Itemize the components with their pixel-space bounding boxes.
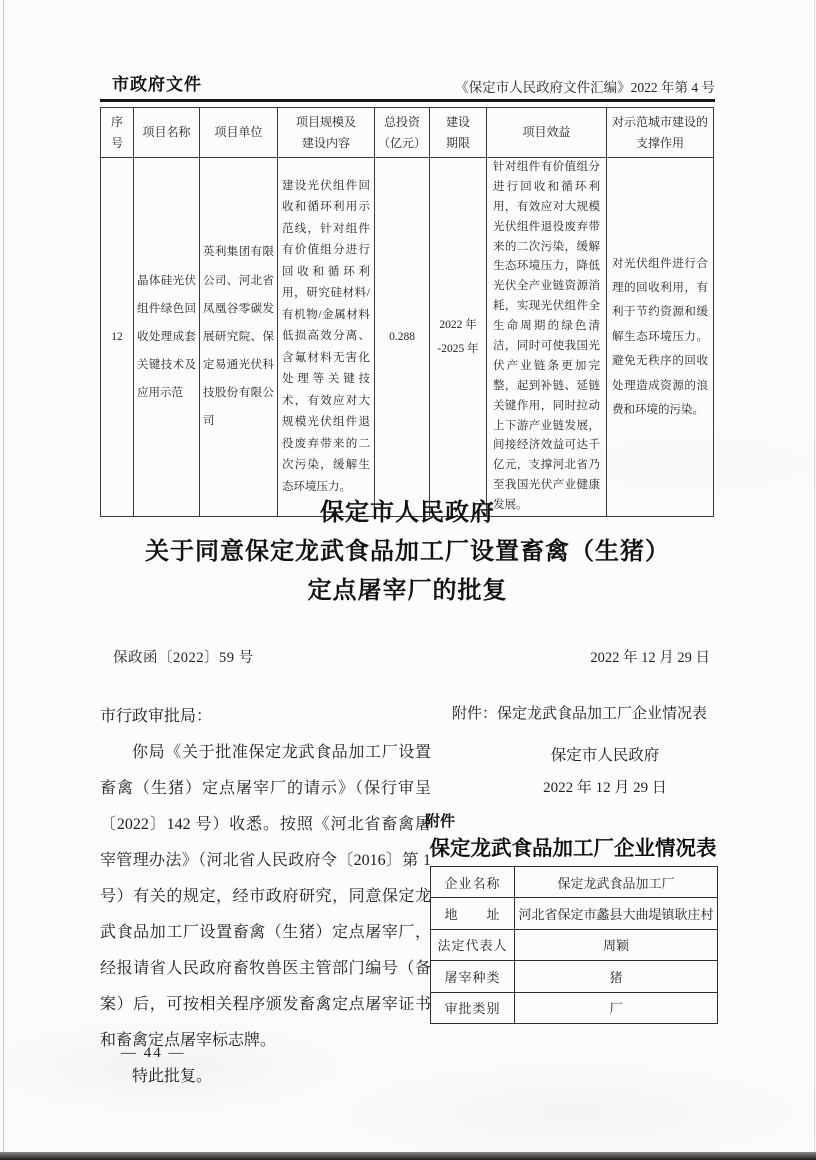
cell-seq: 12 <box>101 158 134 517</box>
masthead-rule <box>100 99 715 102</box>
closing-line: 特此批复。 <box>100 1059 431 1095</box>
scan-edge-bottom <box>0 1152 816 1160</box>
col-header-investment: 总投资 （亿元） <box>375 108 430 158</box>
issue-date: 2022 年 12 月 29 日 <box>495 776 715 797</box>
cell-name: 晶体硅光伏组件绿色回收处理成套关键技术及应用示范 <box>134 158 200 517</box>
body-paragraph: 你局《关于批准保定龙武食品加工厂设置畜禽（生猪）定点屠宰厂的请示》（保行审呈〔2… <box>100 735 431 1059</box>
cell-benefit: 针对组件有价值组分进行回收和循环利用，有效应对大规模光伏组件退役废弃带来的二次污… <box>487 158 607 517</box>
address-label: 地 址 <box>431 898 515 929</box>
company-info-table: 企业名称 保定龙武食品加工厂 地 址 河北省保定市蠡县大曲堤镇耿庄村 法定代表人… <box>430 866 718 1024</box>
project-table-row: 12 晶体硅光伏组件绿色回收处理成套关键技术及应用示范 英利集团有限公司、河北省… <box>101 158 714 517</box>
masthead-category: 市政府文件 <box>112 70 202 95</box>
cell-period: 2022 年 -2025 年 <box>430 158 487 517</box>
table-row: 企业名称 保定龙武食品加工厂 <box>431 867 718 898</box>
col-header-unit: 项目单位 <box>200 108 278 158</box>
cell-investment: 0.288 <box>375 158 430 517</box>
cell-unit: 英利集团有限公司、河北省凤凰谷零碳发展研究院、保定易通光伏科技股份有限公司 <box>200 158 278 517</box>
slaughter-type-label: 屠宰种类 <box>431 961 515 992</box>
document-number: 保政函〔2022〕59 号 <box>113 646 254 667</box>
approval-category-value: 厂 <box>515 992 718 1023</box>
cell-scale: 建设光伏组件回收和循环利用示范线，针对组件有价值组分进行回收和循环利用，研究硅材… <box>278 158 375 517</box>
legal-rep-label: 法定代表人 <box>431 929 515 960</box>
col-header-period: 建设 期限 <box>430 108 487 158</box>
project-table: 序 号 项目名称 项目单位 项目规模及 建设内容 总投资 （亿元） 建设 期限 … <box>100 107 714 517</box>
salutation: 市行政审批局： <box>100 699 431 735</box>
attachment-label: 附件 <box>425 810 455 831</box>
document-title-line1: 保定市人民政府 <box>100 494 715 533</box>
attachment-note: 附件：保定龙武食品加工厂企业情况表 <box>452 702 722 723</box>
approval-category-label: 审批类别 <box>431 992 515 1023</box>
table-row: 法定代表人 周颖 <box>431 929 718 960</box>
document-date: 2022 年 12 月 29 日 <box>590 646 710 667</box>
project-table-header-row: 序 号 项目名称 项目单位 项目规模及 建设内容 总投资 （亿元） 建设 期限 … <box>101 108 714 158</box>
col-header-benefit: 项目效益 <box>487 108 607 158</box>
table-row: 屠宰种类 猪 <box>431 961 718 992</box>
company-name-value: 保定龙武食品加工厂 <box>515 867 718 898</box>
letter-body: 市行政审批局： 你局《关于批准保定龙武食品加工厂设置畜禽（生猪）定点屠宰厂的请示… <box>100 699 431 1095</box>
scanned-document-page: 市政府文件 《保定市人民政府文件汇编》2022 年第 4 号 序 号 项目名称 … <box>0 0 816 1160</box>
slaughter-type-value: 猪 <box>515 961 718 992</box>
page-number: — 44 — <box>121 1045 186 1062</box>
table-row: 审批类别 厂 <box>431 992 718 1023</box>
company-name-label: 企业名称 <box>431 867 515 898</box>
table-row: 地 址 河北省保定市蠡县大曲堤镇耿庄村 <box>431 898 718 929</box>
col-header-seq: 序 号 <box>101 108 134 158</box>
col-header-name: 项目名称 <box>134 108 200 158</box>
scan-edge-left <box>3 0 4 1160</box>
legal-rep-value: 周颖 <box>515 929 718 960</box>
issuer-name: 保定市人民政府 <box>495 743 715 765</box>
scan-edge-right <box>814 0 815 1160</box>
document-title-line3: 定点屠宰厂的批复 <box>100 572 715 611</box>
col-header-scale: 项目规模及 建设内容 <box>278 108 375 158</box>
attachment-table-title: 保定龙武食品加工厂企业情况表 <box>427 831 719 861</box>
col-header-support: 对示范城市建设的 支撑作用 <box>607 108 714 158</box>
address-value: 河北省保定市蠡县大曲堤镇耿庄村 <box>515 898 718 929</box>
masthead-compilation-number: 《保定市人民政府文件汇编》2022 年第 4 号 <box>455 76 715 96</box>
document-title: 保定市人民政府 关于同意保定龙武食品加工厂设置畜禽（生猪） 定点屠宰厂的批复 <box>100 494 715 611</box>
cell-support: 对光伏组件进行合理的回收利用，有利于节约资源和缓解生态环境压力。避免无秩序的回收… <box>607 158 714 517</box>
document-title-line2: 关于同意保定龙武食品加工厂设置畜禽（生猪） <box>100 533 715 572</box>
